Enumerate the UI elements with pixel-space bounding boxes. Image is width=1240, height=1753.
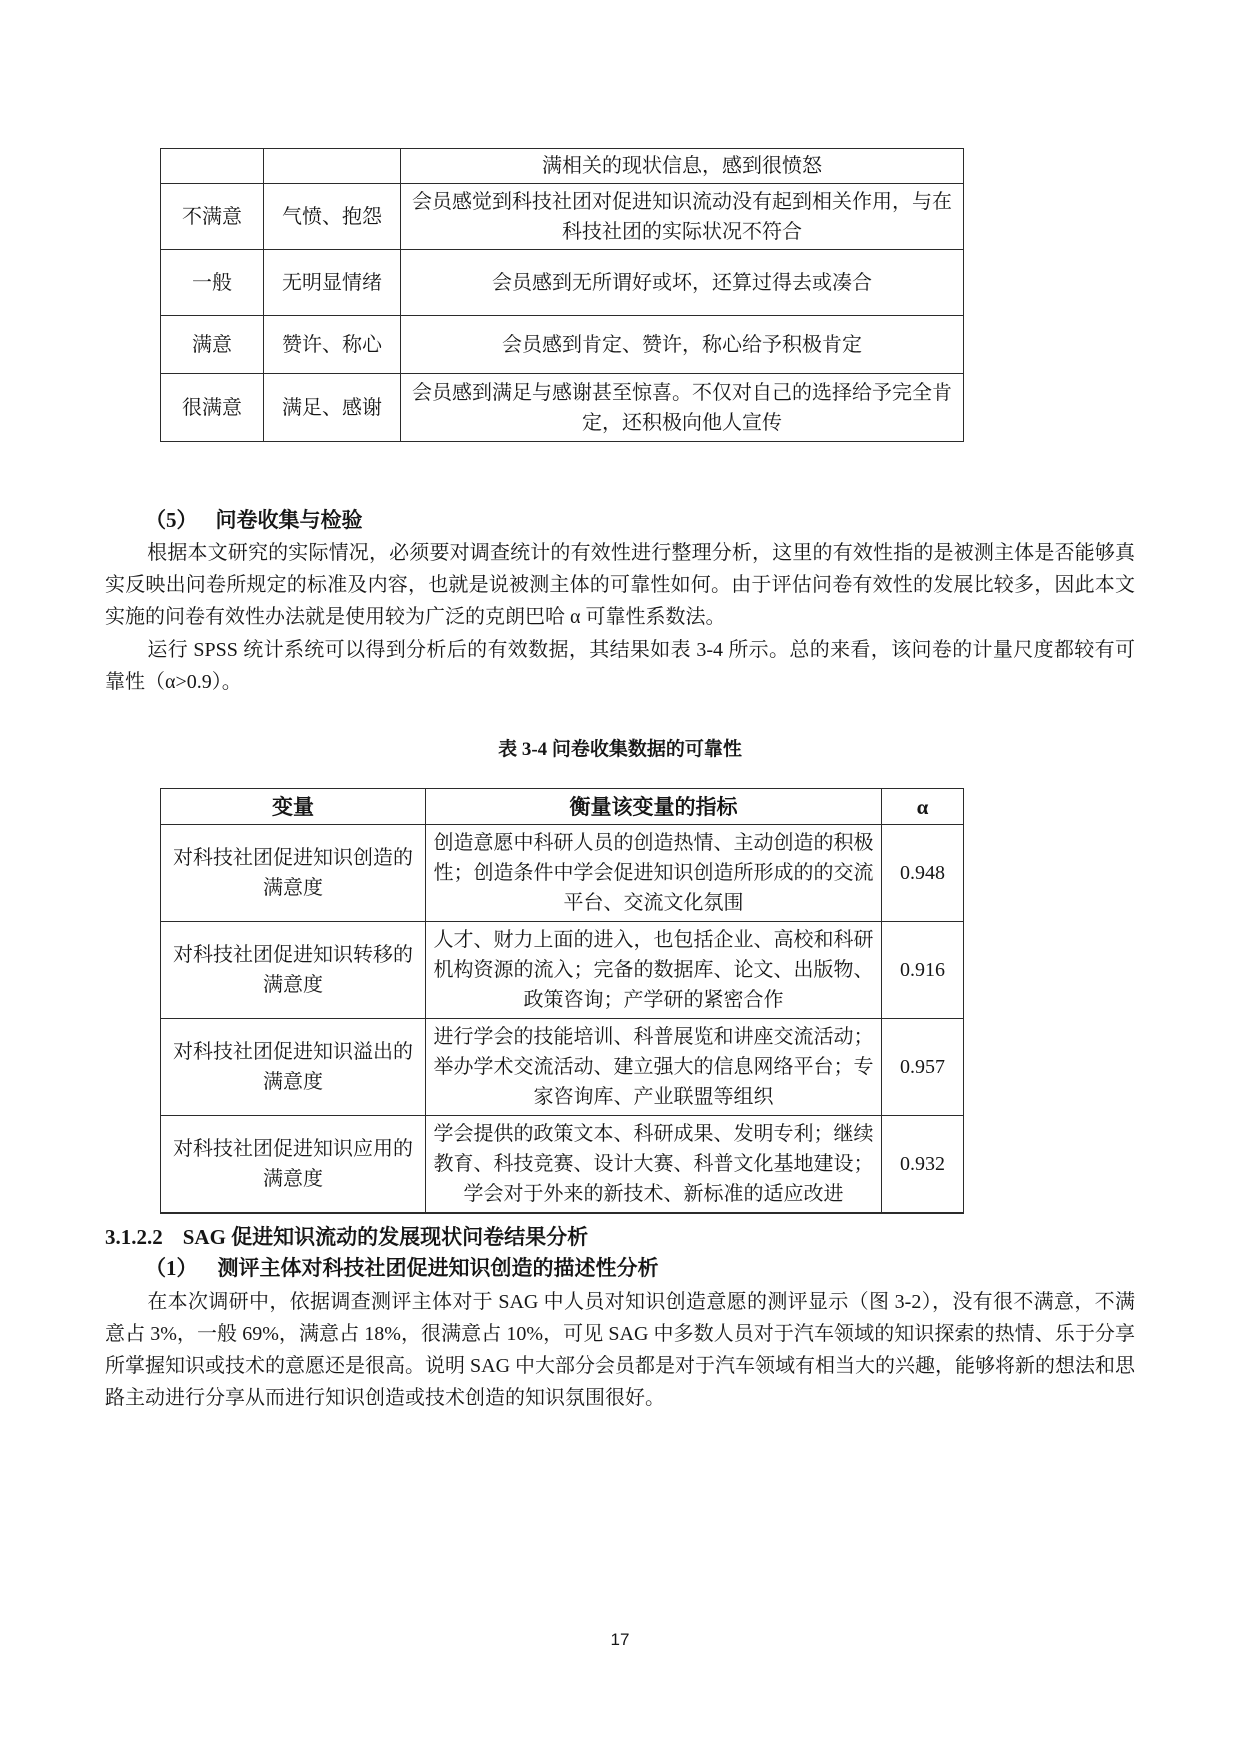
document-page: 满相关的现状信息，感到很愤怒 不满意 气愤、抱怨 会员感觉到科技社团对促进知识流…: [0, 0, 1240, 1753]
subsection-title: 测评主体对科技社团促进知识创造的描述性分析: [218, 1256, 659, 1280]
table-row: 对科技社团促进知识转移的满意度 人才、财力上面的进入，也包括企业、高校和科研机构…: [161, 922, 964, 1019]
section-heading-5: （5）问卷收集与检验: [105, 504, 1135, 536]
indicator-cell: 学会提供的政策文本、科研成果、发明专利；继续教育、科技竞赛、设计大赛、科普文化基…: [426, 1116, 882, 1213]
satisfaction-emotion-table: 满相关的现状信息，感到很愤怒 不满意 气愤、抱怨 会员感觉到科技社团对促进知识流…: [160, 148, 964, 442]
emotion-cell: 赞许、称心: [264, 316, 401, 374]
indicator-cell: 人才、财力上面的进入，也包括企业、高校和科研机构资源的流入；完备的数据库、论文、…: [426, 922, 882, 1019]
description-cell: 会员感觉到科技社团对促进知识流动没有起到相关作用，与在科技社团的实际状况不符合: [401, 184, 964, 250]
indicator-cell: 进行学会的技能培训、科普展览和讲座交流活动；举办学术交流活动、建立强大的信息网络…: [426, 1019, 882, 1116]
variable-cell: 对科技社团促进知识应用的满意度: [161, 1116, 426, 1213]
table-3-4-caption: 表 3-4 问卷收集数据的可靠性: [105, 734, 1135, 766]
table-header-row: 变量 衡量该变量的指标 α: [161, 789, 964, 825]
alpha-cell: 0.932: [882, 1116, 964, 1213]
alpha-cell: 0.916: [882, 922, 964, 1019]
section-title: 问卷收集与检验: [216, 508, 363, 532]
emotion-cell: [264, 149, 401, 184]
table-row: 很满意 满足、感谢 会员感到满足与感谢甚至惊喜。不仅对自己的选择给予完全肯定，还…: [161, 374, 964, 442]
paragraph-validity: 根据本文研究的实际情况，必须要对调查统计的有效性进行整理分析，这里的有效性指的是…: [105, 537, 1135, 633]
paragraph-text: 运行 SPSS 统计系统可以得到分析后的有效数据，其结果如表 3-4 所示。总的…: [105, 639, 1135, 693]
table-row: 对科技社团促进知识创造的满意度 创造意愿中科研人员的创造热情、主动创造的积极性；…: [161, 825, 964, 922]
emotion-cell: 无明显情绪: [264, 250, 401, 316]
section-heading-3-1-2-2: 3.1.2.2SAG 促进知识流动的发展现状问卷结果分析: [105, 1221, 1135, 1253]
variable-cell: 对科技社团促进知识转移的满意度: [161, 922, 426, 1019]
table-row: 满意 赞许、称心 会员感到肯定、赞许，称心给予积极肯定: [161, 316, 964, 374]
description-cell: 会员感到满足与感谢甚至惊喜。不仅对自己的选择给予完全肯定，还积极向他人宣传: [401, 374, 964, 442]
reliability-table-3-4: 变量 衡量该变量的指标 α 对科技社团促进知识创造的满意度 创造意愿中科研人员的…: [160, 788, 964, 1214]
alpha-cell: 0.948: [882, 825, 964, 922]
table-row: 一般 无明显情绪 会员感到无所谓好或坏，还算过得去或凑合: [161, 250, 964, 316]
level-cell: 满意: [161, 316, 264, 374]
level-cell: 不满意: [161, 184, 264, 250]
page-number: 17: [0, 1628, 1240, 1652]
subsection-number: （1）: [105, 1256, 198, 1280]
paragraph-analysis: 在本次调研中，依据调查测评主体对于 SAG 中人员对知识创造意愿的测评显示（图 …: [105, 1286, 1135, 1414]
variable-cell: 对科技社团促进知识溢出的满意度: [161, 1019, 426, 1116]
header-indicator: 衡量该变量的指标: [426, 789, 882, 825]
alpha-cell: 0.957: [882, 1019, 964, 1116]
paragraph-text: 根据本文研究的实际情况，必须要对调查统计的有效性进行整理分析，这里的有效性指的是…: [105, 542, 1135, 628]
variable-cell: 对科技社团促进知识创造的满意度: [161, 825, 426, 922]
emotion-cell: 气愤、抱怨: [264, 184, 401, 250]
description-cell: 满相关的现状信息，感到很愤怒: [401, 149, 964, 184]
description-cell: 会员感到肯定、赞许，称心给予积极肯定: [401, 316, 964, 374]
section-number: （5）: [105, 508, 198, 532]
section-title: SAG 促进知识流动的发展现状问卷结果分析: [183, 1225, 588, 1249]
emotion-cell: 满足、感谢: [264, 374, 401, 442]
paragraph-text: 在本次调研中，依据调查测评主体对于 SAG 中人员对知识创造意愿的测评显示（图 …: [105, 1291, 1135, 1409]
paragraph-spss: 运行 SPSS 统计系统可以得到分析后的有效数据，其结果如表 3-4 所示。总的…: [105, 634, 1135, 698]
level-cell: [161, 149, 264, 184]
header-variable: 变量: [161, 789, 426, 825]
level-cell: 很满意: [161, 374, 264, 442]
table-row: 满相关的现状信息，感到很愤怒: [161, 149, 964, 184]
header-alpha: α: [882, 789, 964, 825]
description-cell: 会员感到无所谓好或坏，还算过得去或凑合: [401, 250, 964, 316]
table-row: 不满意 气愤、抱怨 会员感觉到科技社团对促进知识流动没有起到相关作用，与在科技社…: [161, 184, 964, 250]
level-cell: 一般: [161, 250, 264, 316]
subsection-heading-1: （1）测评主体对科技社团促进知识创造的描述性分析: [105, 1252, 1135, 1284]
indicator-cell: 创造意愿中科研人员的创造热情、主动创造的积极性；创造条件中学会促进知识创造所形成…: [426, 825, 882, 922]
table-row: 对科技社团促进知识溢出的满意度 进行学会的技能培训、科普展览和讲座交流活动；举办…: [161, 1019, 964, 1116]
table-row: 对科技社团促进知识应用的满意度 学会提供的政策文本、科研成果、发明专利；继续教育…: [161, 1116, 964, 1213]
section-number: 3.1.2.2: [105, 1225, 163, 1249]
